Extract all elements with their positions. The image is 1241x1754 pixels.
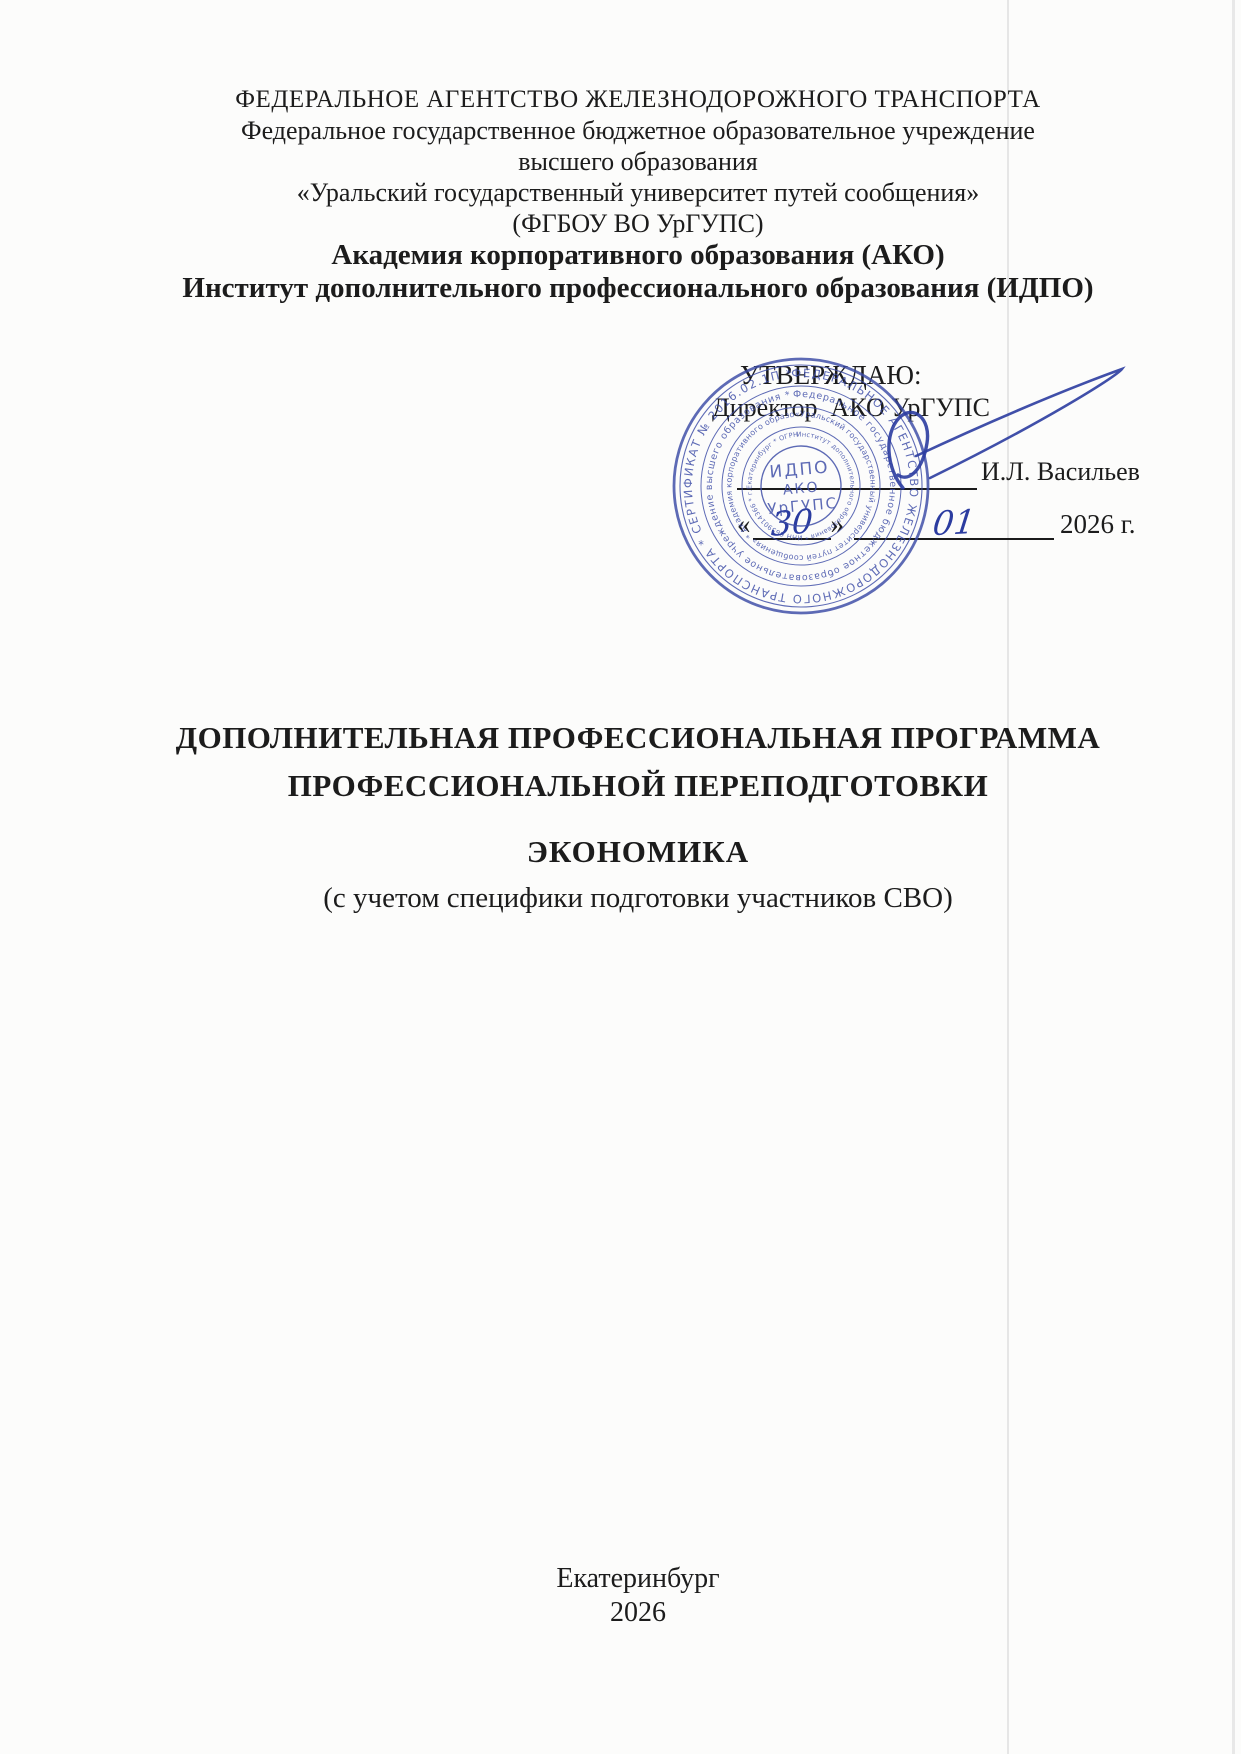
program-subtitle: (с учетом специфики подготовки участнико… — [35, 882, 1241, 915]
letterhead-line-academy: Академия корпоративного образования (АКО… — [35, 239, 1241, 272]
program-title-line2: ПРОФЕССИОНАЛЬНОЙ ПЕРЕПОДГОТОВКИ — [35, 768, 1241, 804]
approval-year: 2026 г. — [1060, 508, 1136, 540]
letterhead-line: ФЕДЕРАЛЬНОЕ АГЕНТСТВО ЖЕЛЕЗНОДОРОЖНОГО Т… — [35, 84, 1241, 115]
footer-city: Екатеринбург — [35, 1563, 1241, 1595]
letterhead-line: (ФГБОУ ВО УрГУПС) — [35, 208, 1241, 239]
letterhead-line: Федеральное государственное бюджетное об… — [35, 115, 1241, 146]
letterhead-line: «Уральский государственный университет п… — [35, 177, 1241, 208]
signature-stroke — [889, 412, 928, 488]
stamp-center-line1: ИДПО — [769, 457, 831, 482]
program-subject: ЭКОНОМИКА — [35, 834, 1241, 870]
footer-year: 2026 — [35, 1597, 1241, 1629]
letterhead-line-institute: Институт дополнительного профессионально… — [35, 272, 1241, 305]
letterhead-line: высшего образования — [35, 146, 1241, 177]
program-title-line1: ДОПОЛНИТЕЛЬНАЯ ПРОФЕССИОНАЛЬНАЯ ПРОГРАММ… — [35, 720, 1241, 756]
handwritten-signature — [850, 350, 1150, 510]
letterhead: ФЕДЕРАЛЬНОЕ АГЕНТСТВО ЖЕЛЕЗНОДОРОЖНОГО Т… — [35, 84, 1241, 305]
stamp-center-line3: УрГУПС — [767, 494, 839, 518]
document-page: ФЕДЕРАЛЬНОЕ АГЕНТСТВО ЖЕЛЕЗНОДОРОЖНОГО Т… — [0, 0, 1241, 1754]
signature-flourish-stroke — [916, 369, 1122, 478]
